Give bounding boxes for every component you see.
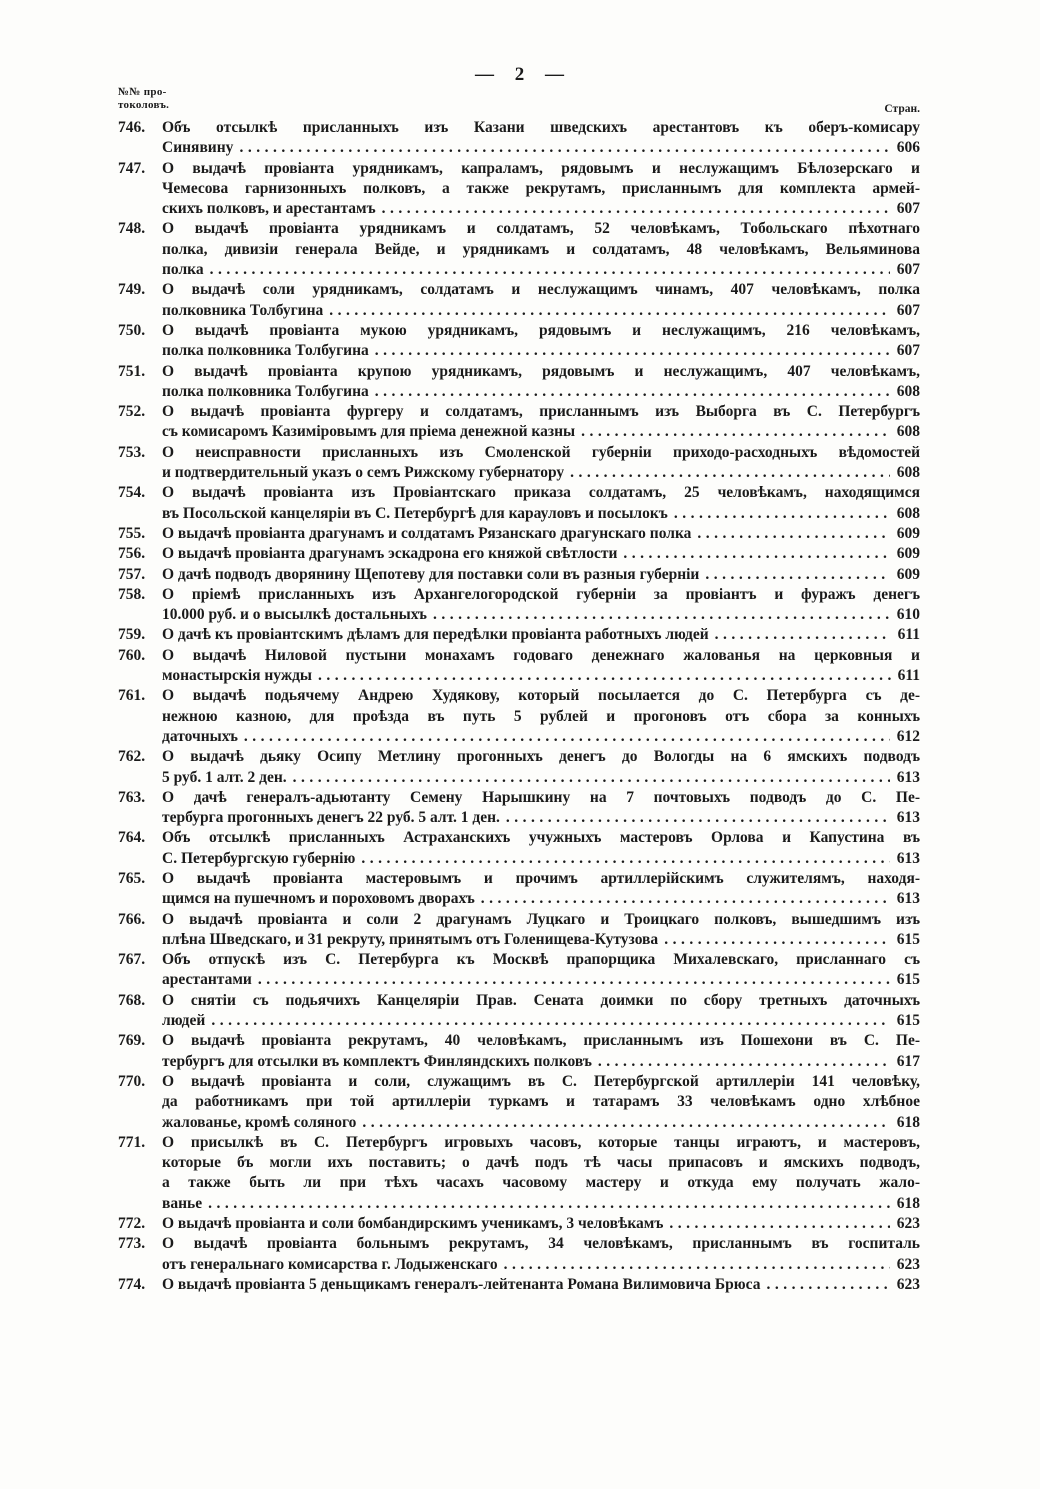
protocol-header-line2: токоловъ. [118,99,169,112]
entry-text: въ Посольской канцеляріи въ С. Петербург… [162,504,668,524]
dot-leader [766,1275,889,1295]
entry-body: Объ отпускѣ изъ С. Петербурга къ Москвѣ … [162,950,920,991]
toc-entry: 755.О выдачѣ провіанта драгунамъ и солда… [118,524,920,544]
document-page: — 2 — №№ про- токоловъ. Стран. 746.Объ о… [0,0,1040,1489]
entry-number: 758. [118,585,158,605]
entry-number: 760. [118,646,158,666]
entry-text: отъ генеральнаго комисарства г. Лодыженс… [162,1255,498,1275]
entry-page-number: 606 [897,138,920,158]
page-number-header: — 2 — [0,64,1040,86]
entry-number: 761. [118,686,158,706]
entry-body: О выдачѣ провіанта мукою урядникамъ, ряд… [162,321,920,362]
dot-leader [570,463,890,483]
toc-entry: 752.О выдачѣ провіанта фургеру и солдата… [118,402,920,443]
dot-leader [210,260,890,280]
entry-number: 746. [118,118,158,138]
dot-leader [674,504,890,524]
dot-leader [244,727,890,747]
entry-text: жалованье, кромѣ соляного [162,1113,356,1133]
entry-body: О выдачѣ провіанта драгунамъ и солдатамъ… [162,524,920,544]
toc-entry: 771.О присылкѣ въ С. Петербургъ игровыхъ… [118,1133,920,1214]
entry-number: 756. [118,544,158,564]
entry-text: 10.000 руб. и о высылкѣ достальныхъ [162,605,427,625]
toc-entry: 757.О дачѣ подводъ дворянину Щепотеву дл… [118,565,920,585]
entry-page-number: 618 [897,1194,920,1214]
entry-page-number: 617 [897,1052,920,1072]
entry-text-line: О выдачѣ провіанта рекрутамъ, 40 человѣк… [162,1031,920,1051]
entry-number: 768. [118,991,158,1011]
entry-text: монастырскія нужды [162,666,312,686]
entry-body: О снятіи съ подьячихъ Канцеляріи Прав. С… [162,991,920,1032]
entry-page-number: 608 [897,504,920,524]
dot-leader [375,341,890,361]
entry-text-line: О пріемѣ присланныхъ изъ Архангелогородс… [162,585,920,605]
entry-page-number: 608 [897,422,920,442]
entry-text: даточныхъ [162,727,238,747]
entry-text: арестантами [162,970,252,990]
toc-entry: 768.О снятіи съ подьячихъ Канцеляріи Пра… [118,991,920,1032]
entry-body: О дачѣ къ провіантскимъ дѣламъ для перед… [162,625,920,645]
entry-text-line: О неисправности присланныхъ изъ Смоленск… [162,443,920,463]
entry-page-number: 613 [897,808,920,828]
entry-page-number: 615 [897,970,920,990]
entry-text: скихъ полковъ, и арестантамъ [162,199,376,219]
protocol-number-column-header: №№ про- токоловъ. [118,86,169,111]
entry-body: О выдачѣ провіанта и соли 2 драгунамъ Лу… [162,910,920,951]
entry-page-number: 607 [897,301,920,321]
toc-entry: 765.О выдачѣ провіанта мастеровымъ и про… [118,869,920,910]
toc-entry: 759.О дачѣ къ провіантскимъ дѣламъ для п… [118,625,920,645]
entry-body: О выдачѣ провіанта изъ Провіантскаго при… [162,483,920,524]
entry-page-number: 612 [897,727,920,747]
entry-page-number: 615 [897,930,920,950]
entry-text: О выдачѣ провіанта драгунамъ и солдатамъ… [162,524,691,544]
entry-number: 754. [118,483,158,503]
entry-number: 751. [118,362,158,382]
dot-leader [481,889,890,909]
entry-page-number: 613 [897,849,920,869]
column-headers: №№ про- токоловъ. Стран. [118,86,920,116]
entry-text-line: О выдачѣ провіанта урядникамъ, капраламъ… [162,159,920,179]
entry-number: 759. [118,625,158,645]
dot-leader [362,1113,889,1133]
entry-page-number: 613 [897,889,920,909]
toc-entry: 774.О выдачѣ провіанта 5 деньщикамъ гене… [118,1275,920,1295]
toc-entry: 758.О пріемѣ присланныхъ изъ Архангелого… [118,585,920,626]
entry-text: и подтвердительный указъ о семъ Рижскому… [162,463,564,483]
entry-number: 764. [118,828,158,848]
entry-number: 766. [118,910,158,930]
entry-page-number: 613 [897,768,920,788]
toc-entry: 764.Объ отсылкѣ присланныхъ Астраханских… [118,828,920,869]
entry-text-line: О выдачѣ дьяку Осипу Метлину прогонныхъ … [162,747,920,767]
toc-entry: 760.О выдачѣ Ниловой пустыни монахамъ го… [118,646,920,687]
entry-text-line: О выдачѣ провіанта и соли, служащимъ въ … [162,1072,920,1092]
dot-leader [329,301,889,321]
entry-text: людей [162,1011,205,1031]
entry-page-number: 608 [897,463,920,483]
page-column-header: Стран. [884,103,920,115]
toc-entry: 772.О выдачѣ провіанта и соли бомбандирс… [118,1214,920,1234]
toc-entry: 751.О выдачѣ провіанта крупою урядникамъ… [118,362,920,403]
entry-body: О выдачѣ провіанта рекрутамъ, 40 человѣк… [162,1031,920,1072]
toc-entry: 762.О выдачѣ дьяку Осипу Метлину прогонн… [118,747,920,788]
entry-body: О выдачѣ провіанта мастеровымъ и прочимъ… [162,869,920,910]
entry-text-line: Объ отсылкѣ присланныхъ изъ Казани шведс… [162,118,920,138]
toc-entry: 753.О неисправности присланныхъ изъ Смол… [118,443,920,484]
dot-leader [293,768,890,788]
dot-leader [705,565,889,585]
entry-text: тербурга прогонныхъ денегъ 22 руб. 5 алт… [162,808,500,828]
entry-text-line: да работникамъ при той артиллеріи туркам… [162,1092,920,1112]
entry-text-line: О выдачѣ провіанта фургеру и солдатамъ, … [162,402,920,422]
entry-body: О выдачѣ провіанта урядникамъ, капраламъ… [162,159,920,220]
toc-entry: 770.О выдачѣ провіанта и соли, служащимъ… [118,1072,920,1133]
entry-text-line: О выдачѣ Ниловой пустыни монахамъ годова… [162,646,920,666]
entry-text-line: О выдачѣ провіанта больнымъ рекрутамъ, 3… [162,1234,920,1254]
entry-body: О присылкѣ въ С. Петербургъ игровыхъ час… [162,1133,920,1214]
entry-number: 763. [118,788,158,808]
entry-page-number: 615 [897,1011,920,1031]
entry-text: О выдачѣ провіанта драгунамъ эскадрона е… [162,544,617,564]
dot-leader [239,138,889,158]
entry-body: О выдачѣ провіанта и соли, служащимъ въ … [162,1072,920,1133]
entry-number: 767. [118,950,158,970]
entry-text-line: О выдачѣ провіанта урядникамъ и солдатам… [162,219,920,239]
entry-text-line: О выдачѣ подьячему Андрею Худякову, кото… [162,686,920,706]
toc-entry: 754.О выдачѣ провіанта изъ Провіантскаго… [118,483,920,524]
entry-number: 755. [118,524,158,544]
dot-leader [664,930,890,950]
entry-text: О дачѣ подводъ дворянину Щепотеву для по… [162,565,699,585]
entry-page-number: 623 [897,1255,920,1275]
entry-number: 752. [118,402,158,422]
toc-entry: 756.О выдачѣ провіанта драгунамъ эскадро… [118,544,920,564]
entry-number: 748. [118,219,158,239]
entry-text-line: О выдачѣ провіанта мастеровымъ и прочимъ… [162,869,920,889]
entry-text: полка полковника Толбугина [162,341,369,361]
entry-text: плѣна Шведскаго, и 31 рекруту, принятымъ… [162,930,658,950]
entry-page-number: 607 [897,260,920,280]
entry-number: 747. [118,159,158,179]
dot-leader [669,1214,889,1234]
entry-text-line: Объ отпускѣ изъ С. Петербурга къ Москвѣ … [162,950,920,970]
entry-number: 772. [118,1214,158,1234]
entry-body: Объ отсылкѣ присланныхъ Астраханскихъ уч… [162,828,920,869]
entry-body: О выдачѣ провіанта крупою урядникамъ, ря… [162,362,920,403]
entry-body: О дачѣ генералъ-адьютанту Семену Нарышки… [162,788,920,829]
toc-list: 746.Объ отсылкѣ присланныхъ изъ Казани ш… [118,118,920,1295]
dot-leader [598,1052,890,1072]
entry-text-line: О дачѣ генералъ-адьютанту Семену Нарышки… [162,788,920,808]
entry-text-line: О выдачѣ провіанта крупою урядникамъ, ря… [162,362,920,382]
protocol-header-line1: №№ про- [118,86,169,99]
entry-body: О выдачѣ дьяку Осипу Метлину прогонныхъ … [162,747,920,788]
entry-number: 765. [118,869,158,889]
entry-body: О выдачѣ провіанта 5 деньщикамъ генералъ… [162,1275,920,1295]
dot-leader [433,605,890,625]
entry-number: 762. [118,747,158,767]
toc-entry: 748.О выдачѣ провіанта урядникамъ и солд… [118,219,920,280]
entry-body: О выдачѣ провіанта больнымъ рекрутамъ, 3… [162,1234,920,1275]
entry-number: 770. [118,1072,158,1092]
dot-leader [506,808,890,828]
dot-leader [208,1194,890,1214]
entry-text-line: О снятіи съ подьячихъ Канцеляріи Прав. С… [162,991,920,1011]
toc-entry: 773.О выдачѣ провіанта больнымъ рекрутам… [118,1234,920,1275]
toc-entry: 767.Объ отпускѣ изъ С. Петербурга къ Мос… [118,950,920,991]
entry-number: 753. [118,443,158,463]
entry-page-number: 609 [897,524,920,544]
entry-text: полковника Толбугина [162,301,323,321]
entry-text: полка [162,260,204,280]
entry-text: ванье [162,1194,202,1214]
entry-text: щимся на пушечномъ и пороховомъ дворахъ [162,889,475,909]
dot-leader [211,1011,889,1031]
entry-text: О выдачѣ провіанта и соли бомбандирскимъ… [162,1214,663,1234]
entry-body: О неисправности присланныхъ изъ Смоленск… [162,443,920,484]
toc-entry: 746.Объ отсылкѣ присланныхъ изъ Казани ш… [118,118,920,159]
entry-page-number: 607 [897,199,920,219]
entry-text-line: Чемесова гарнизонныхъ полковъ, а также р… [162,179,920,199]
dot-leader [623,544,889,564]
entry-body: О выдачѣ Ниловой пустыни монахамъ годова… [162,646,920,687]
entry-body: О выдачѣ соли урядникамъ, солдатамъ и не… [162,280,920,321]
entry-text: тербургъ для отсылки въ комплектъ Финлян… [162,1052,592,1072]
entry-text-line: а также быть ли при тѣхъ часахъ часовому… [162,1173,920,1193]
entry-text: съ комисаромъ Казиміровымъ для пріема де… [162,422,575,442]
entry-text: О дачѣ къ провіантскимъ дѣламъ для перед… [162,625,709,645]
entry-text: полка полковника Толбугина [162,382,369,402]
toc-entry: 749.О выдачѣ соли урядникамъ, солдатамъ … [118,280,920,321]
entry-page-number: 611 [898,625,920,645]
entry-page-number: 623 [897,1275,920,1295]
toc-entry: 766.О выдачѣ провіанта и соли 2 драгунам… [118,910,920,951]
entry-page-number: 609 [897,565,920,585]
toc-entry: 750.О выдачѣ провіанта мукою урядникамъ,… [118,321,920,362]
toc-entry: 747.О выдачѣ провіанта урядникамъ, капра… [118,159,920,220]
entry-number: 773. [118,1234,158,1254]
entry-number: 774. [118,1275,158,1295]
dot-leader [382,199,890,219]
entry-body: О дачѣ подводъ дворянину Щепотеву для по… [162,565,920,585]
entry-text-line: О присылкѣ въ С. Петербургъ игровыхъ час… [162,1133,920,1153]
entry-page-number: 608 [897,382,920,402]
toc-entry: 763.О дачѣ генералъ-адьютанту Семену Нар… [118,788,920,829]
entry-text-line: О выдачѣ провіанта и соли 2 драгунамъ Лу… [162,910,920,930]
entry-text-line: О выдачѣ провіанта мукою урядникамъ, ряд… [162,321,920,341]
entry-text-line: О выдачѣ провіанта изъ Провіантскаго при… [162,483,920,503]
entry-page-number: 611 [898,666,920,686]
entry-page-number: 623 [897,1214,920,1234]
entry-body: О пріемѣ присланныхъ изъ Архангелогородс… [162,585,920,626]
entry-page-number: 607 [897,341,920,361]
entry-number: 769. [118,1031,158,1051]
entry-text: С. Петербургскую губернію [162,849,355,869]
entry-text-line: которые бъ могли ихъ поставить; о дачѣ п… [162,1153,920,1173]
dot-leader [504,1255,890,1275]
entry-text-line: полка, дивизіи генерала Вейде, и урядник… [162,240,920,260]
dot-leader [375,382,890,402]
entry-body: О выдачѣ провіанта фургеру и солдатамъ, … [162,402,920,443]
entry-body: О выдачѣ провіанта драгунамъ эскадрона е… [162,544,920,564]
entry-text: 5 руб. 1 алт. 2 ден. [162,768,287,788]
entry-body: О выдачѣ провіанта и соли бомбандирскимъ… [162,1214,920,1234]
dot-leader [715,625,891,645]
entry-body: О выдачѣ подьячему Андрею Худякову, кото… [162,686,920,747]
dot-leader [258,970,890,990]
entry-page-number: 609 [897,544,920,564]
entry-number: 750. [118,321,158,341]
entry-body: О выдачѣ провіанта урядникамъ и солдатам… [162,219,920,280]
entry-text: Синявину [162,138,233,158]
dot-leader [697,524,889,544]
entry-page-number: 610 [897,605,920,625]
entry-number: 771. [118,1133,158,1153]
entry-text: О выдачѣ провіанта 5 деньщикамъ генералъ… [162,1275,760,1295]
entry-number: 749. [118,280,158,300]
entry-text-line: нежною казною, для проѣзда въ путь 5 руб… [162,707,920,727]
entry-text-line: О выдачѣ соли урядникамъ, солдатамъ и не… [162,280,920,300]
toc-entry: 769.О выдачѣ провіанта рекрутамъ, 40 чел… [118,1031,920,1072]
dot-leader [361,849,889,869]
entry-body: Объ отсылкѣ присланныхъ изъ Казани шведс… [162,118,920,159]
entry-text-line: Объ отсылкѣ присланныхъ Астраханскихъ уч… [162,828,920,848]
dot-leader [581,422,890,442]
entry-number: 757. [118,565,158,585]
toc-entry: 761.О выдачѣ подьячему Андрею Худякову, … [118,686,920,747]
dot-leader [318,666,891,686]
entry-page-number: 618 [897,1113,920,1133]
